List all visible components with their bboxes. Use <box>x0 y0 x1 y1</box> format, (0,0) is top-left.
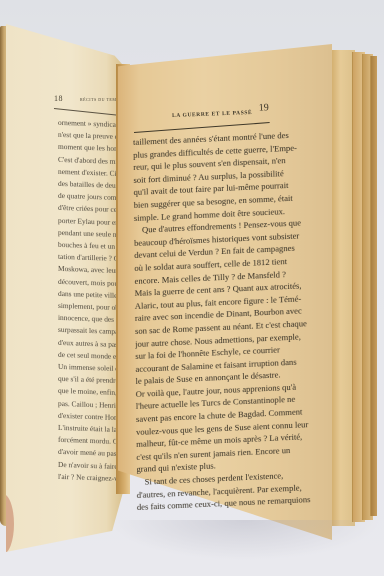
thumb-holding-page <box>6 494 14 552</box>
left-page-number: 18 <box>54 94 63 103</box>
book-photo-scene: 18 RÉCITS DU TEMPS ornement » syndicalis… <box>0 0 384 576</box>
left-page-header: 18 RÉCITS DU TEMPS <box>54 94 124 108</box>
right-running-head: LA GUERRE ET LE PASSÉ <box>172 110 252 119</box>
text-line: l'air ? Ne craignez-vous pas <box>58 471 122 485</box>
right-page-text: taillement des années s'étant montré l'u… <box>133 128 315 514</box>
table-shadow <box>110 520 380 560</box>
fore-edge-pages <box>370 56 377 516</box>
right-page-number: 19 <box>259 102 269 113</box>
left-page-text: ornement » syndicaliste ? La réfn'est qu… <box>58 117 122 485</box>
